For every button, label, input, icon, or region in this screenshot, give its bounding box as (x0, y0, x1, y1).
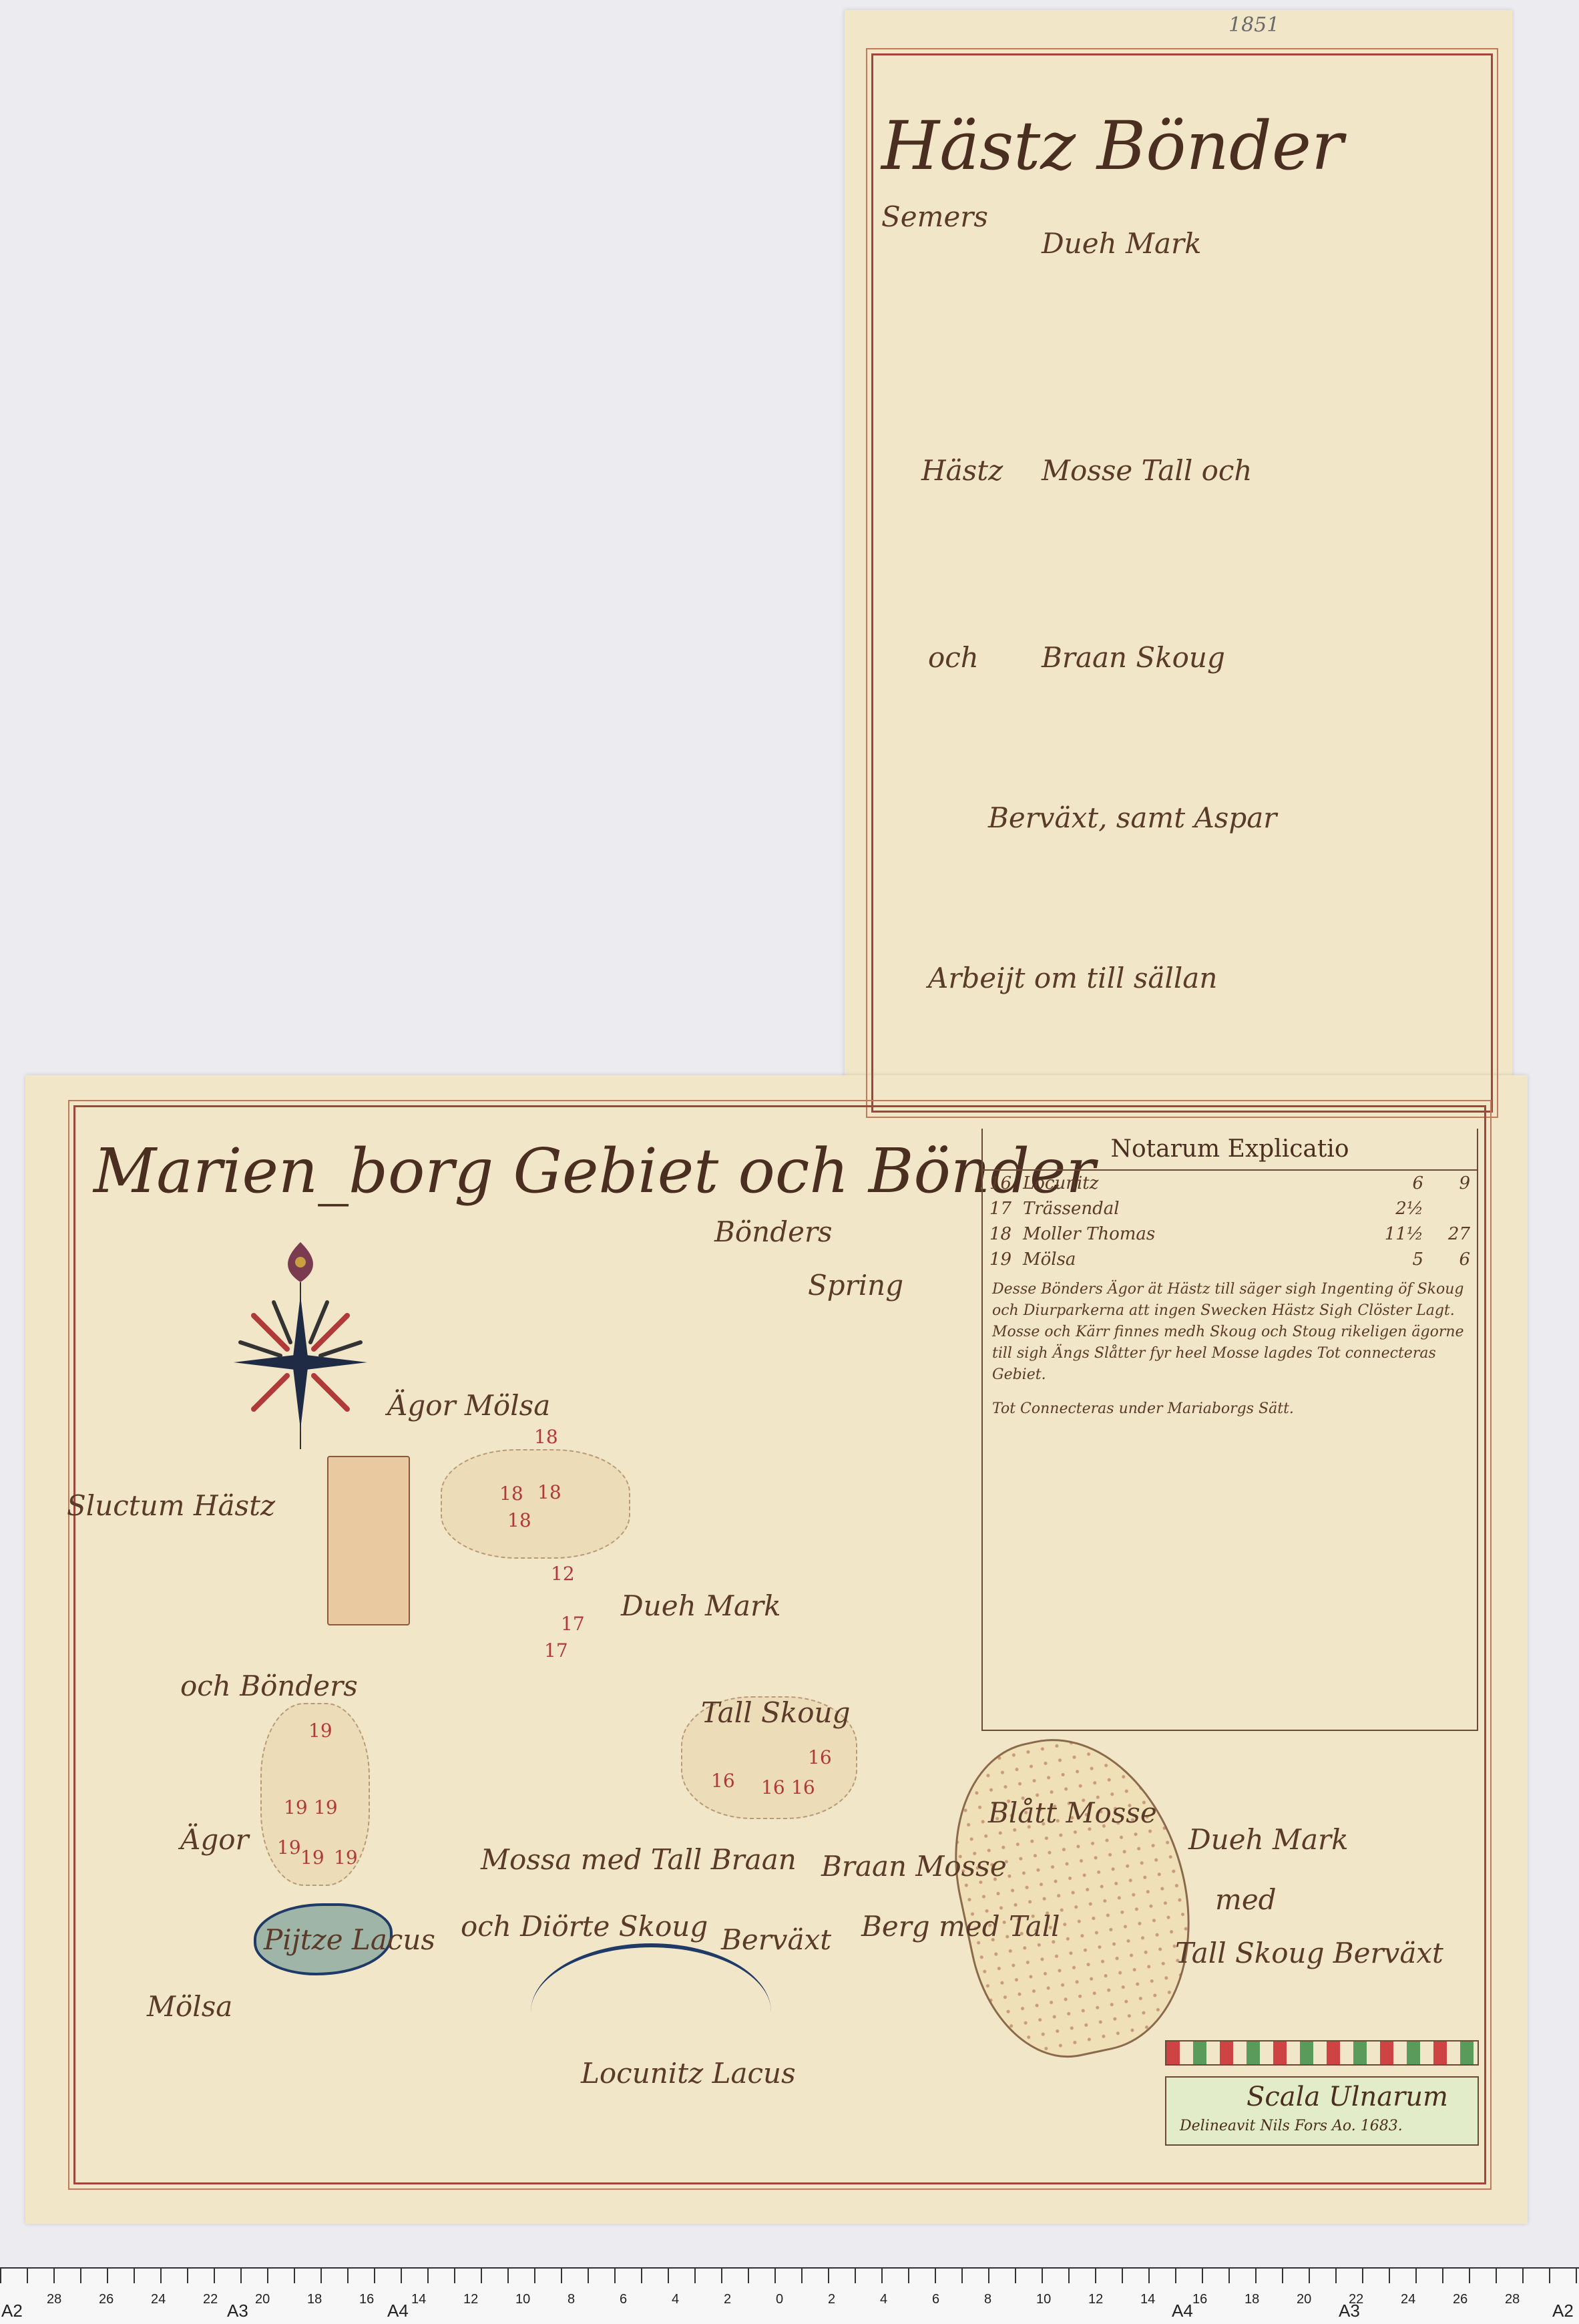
parcel-number: 16 (711, 1770, 735, 1792)
map-label: Mosse Tall och (1042, 454, 1252, 487)
scale-bar (1165, 2040, 1479, 2066)
legend-notarum-explicatio: Notarum Explicatio 16Locunitz6917Trässen… (981, 1129, 1478, 1731)
legend-row: 18Moller Thomas11½27 (983, 1221, 1477, 1247)
parcel-number: 18 (537, 1481, 561, 1503)
legend-cell-v1: 6 (1377, 1173, 1423, 1193)
scale-cartouche: Scala Ulnarum Delineavit Nils Fors Ao. 1… (1165, 2076, 1479, 2146)
map-label: Berväxt (721, 1923, 831, 1956)
ruler-right-edge: A2 (1552, 2301, 1574, 2321)
legend-cell-name: Trässendal (1023, 1199, 1377, 1219)
ruler-tick-label: 24 (151, 2292, 166, 2307)
parcel-number: 18 (499, 1483, 523, 1505)
parcel-number: 16 (761, 1776, 785, 1798)
parcel-number: 19 (334, 1847, 358, 1869)
map-label: Berg med Tall (861, 1910, 1060, 1943)
map-label: Mölsa (147, 1990, 232, 2023)
ruler-tick-label: 8 (984, 2292, 991, 2307)
legend-header: Notarum Explicatio (983, 1129, 1477, 1171)
ruler-tick-label: 0 (776, 2292, 783, 2307)
map-label: Mossa med Tall Braan (481, 1843, 797, 1876)
ruler-paper-size-label: A4 (1172, 2301, 1193, 2321)
parcel-number: 12 (551, 1563, 575, 1585)
legend-cell-n: 16 (989, 1173, 1023, 1193)
ruler-tick-label: 18 (1245, 2292, 1259, 2307)
ruler-left-edge: A2 (1, 2301, 23, 2321)
legend-cell-name: Locunitz (1023, 1173, 1377, 1193)
compass-rose-icon (214, 1235, 387, 1449)
map-label: och Diörte Skoug (461, 1910, 708, 1943)
map-label: Tall Skoug Berväxt (1175, 1937, 1443, 1969)
parcel-number: 19 (277, 1836, 301, 1859)
legend-cell-name: Moller Thomas (1023, 1224, 1377, 1244)
ruler-tick-label: 26 (1453, 2292, 1468, 2307)
village-plot (327, 1456, 410, 1625)
map-label: Dueh Mark (1188, 1823, 1349, 1856)
map-label: och Bönders (180, 1670, 358, 1702)
map-label: Semers (881, 200, 988, 233)
ruler-tick-label: 14 (411, 2292, 426, 2307)
map-label: med (1215, 1883, 1277, 1916)
ruler-tick-label: 10 (515, 2292, 530, 2307)
map-label: Dueh Mark (621, 1589, 781, 1622)
map-label: Ägor Mölsa (387, 1389, 550, 1422)
parcel-number: 19 (284, 1796, 308, 1818)
ruler-tick-label: 10 (1036, 2292, 1051, 2307)
map-label: Spring (808, 1269, 903, 1302)
legend-cell-v2: 6 (1423, 1249, 1470, 1270)
year-mark: 1851 (1228, 13, 1279, 37)
map-label: Hästz (921, 454, 1003, 487)
map-title-top: Hästz Bönder (881, 107, 1343, 185)
map-label: Locunitz Lacus (581, 2057, 796, 2090)
ruler-tick-label: 6 (620, 2292, 627, 2307)
ruler-tick-label: 2 (828, 2292, 835, 2307)
map-title-main: Marien_borg Gebiet och Bönder (93, 1135, 1095, 1207)
ruler-paper-size-label: A4 (387, 2301, 409, 2321)
legend-row: 17Trässendal2½ (983, 1196, 1477, 1221)
legend-cell-name: Mölsa (1023, 1249, 1377, 1270)
parcel-number: 17 (544, 1639, 568, 1662)
parcel-number: 19 (314, 1796, 338, 1818)
map-label: Bönders (714, 1215, 833, 1248)
legend-cell-n: 17 (989, 1199, 1023, 1219)
parcel-number: 19 (300, 1847, 324, 1869)
scale-signature: Delineavit Nils Fors Ao. 1683. (1180, 2118, 1403, 2134)
map-label: och (928, 641, 979, 674)
legend-cell-v2: 27 (1423, 1224, 1470, 1244)
legend-cell-n: 18 (989, 1224, 1023, 1244)
ruler-tick-label: 8 (568, 2292, 575, 2307)
ruler-tick-label: 16 (359, 2292, 374, 2307)
legend-footer: Tot Connecteras under Mariaborgs Sätt. (983, 1392, 1477, 1426)
map-label: Sluctum Hästz (67, 1489, 275, 1522)
legend-row: 16Locunitz69 (983, 1171, 1477, 1196)
map-label: Pijtze Lacus (264, 1923, 435, 1956)
parcel-number: 19 (308, 1720, 332, 1742)
map-label: Tall Skoug (701, 1696, 850, 1729)
scale-title: Scala Ulnarum (1247, 2082, 1448, 2112)
ruler-paper-size-label: A3 (227, 2301, 248, 2321)
ruler-tick-label: 14 (1140, 2292, 1155, 2307)
map-label: Braan Mosse (821, 1850, 1007, 1883)
ruler-tick-label: 12 (463, 2292, 478, 2307)
legend-cell-v1: 5 (1377, 1249, 1423, 1270)
legend-cell-n: 19 (989, 1249, 1023, 1270)
ruler-tick-label: 4 (880, 2292, 887, 2307)
legend-row: 19Mölsa56 (983, 1247, 1477, 1272)
field-18 (441, 1449, 630, 1559)
parcel-number: 18 (534, 1426, 558, 1448)
map-label: Dueh Mark (1042, 227, 1202, 260)
ruler-tick-label: 20 (255, 2292, 270, 2307)
map-label: Braan Skoug (1042, 641, 1225, 674)
parcel-number: 16 (808, 1746, 832, 1768)
ruler-tick-label: 6 (932, 2292, 939, 2307)
ruler-tick-label: 26 (99, 2292, 114, 2307)
ruler-tick-label: 24 (1401, 2292, 1415, 2307)
ruler-tick-label: 4 (672, 2292, 679, 2307)
ruler-tick-label: 16 (1192, 2292, 1207, 2307)
legend-cell-v1: 2½ (1377, 1199, 1423, 1219)
ruler-tick-label: 18 (307, 2292, 322, 2307)
ruler-tick-label: 28 (1505, 2292, 1520, 2307)
ruler-tick-label: 12 (1088, 2292, 1103, 2307)
ruler-paper-size-label: A3 (1339, 2301, 1360, 2321)
map-label: Berväxt, samt Aspar (988, 801, 1277, 834)
map-label: Blått Mosse (988, 1796, 1157, 1829)
ruler-tick-label: 28 (47, 2292, 61, 2307)
ruler-tick-label: 20 (1297, 2292, 1311, 2307)
map-label: Ägor (180, 1823, 249, 1856)
map-label: Arbeijt om till sällan (928, 962, 1217, 994)
legend-cell-v2: 9 (1423, 1173, 1470, 1193)
scale-bar-block: Scala Ulnarum Delineavit Nils Fors Ao. 1… (1165, 2040, 1479, 2167)
parcel-number: 17 (561, 1613, 585, 1635)
legend-note: Desse Bönders Ägor ät Hästz till säger s… (983, 1272, 1477, 1392)
legend-cell-v2 (1423, 1199, 1470, 1219)
ruler-tick-label: 2 (724, 2292, 731, 2307)
parcel-number: 16 (791, 1776, 815, 1798)
legend-cell-v1: 11½ (1377, 1224, 1423, 1244)
ruler-tick-label: 22 (203, 2292, 218, 2307)
parcel-number: 18 (507, 1509, 531, 1531)
